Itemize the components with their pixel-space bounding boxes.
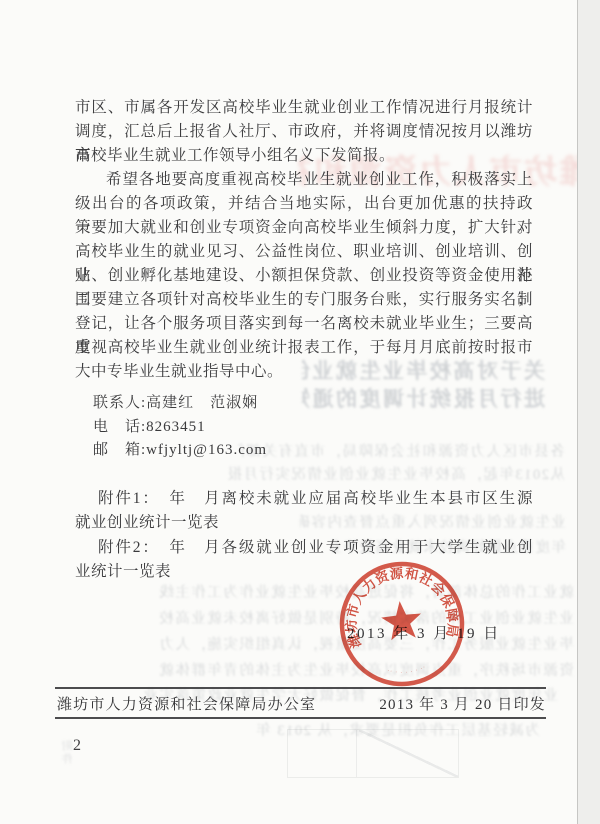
contact-info: 联系人:高建红 范淑娴电 话:8263451邮 箱:wfjyltj@163.co… (93, 392, 267, 463)
bleedthrough-text-line: 从2013年起，高校毕业生就业创业情况实行月报统计 (226, 463, 565, 484)
body-text-line: 大中专毕业生就业指导中心。 (75, 360, 533, 384)
page-number: 2 (73, 737, 81, 755)
scanned-document-page: 潍坊市人力资源和社会保障局文件 关于对高校毕业生就业创业 进行月报统计调度的通知… (0, 0, 600, 824)
seal-serial-marks: ·· · · · · · ·· (386, 665, 428, 678)
bleedthrough-table-diagonal (359, 730, 458, 777)
scanner-edge (577, 0, 600, 824)
bleedthrough-title-line: 进行月报统计调度的通知 (302, 383, 545, 413)
attachment-line: 就业创业统计一览表 (75, 511, 533, 535)
contact-line: 电 话:8263451 (93, 416, 267, 440)
svg-text:·· · · · · · ··: ·· · · · · · ·· (386, 665, 428, 678)
attachment-line: 附件1： 年 月离校未就业应届高校毕业生本县市区生源 (75, 487, 533, 511)
footer-rule-bottom (55, 717, 546, 719)
body-text-line: 一要加大就业和创业专项资金向高校毕业生倾斜力度，扩大针对 (75, 216, 533, 240)
body-text-line: 希望各地要高度重视高校毕业生就业创业工作，积极落实上 (75, 168, 533, 192)
body-text-line: 登记，让各个服务项目落实到每一名离校未就业毕业生；三要高度 (75, 312, 533, 336)
contact-line: 联系人:高建红 范淑娴 (93, 392, 267, 416)
bleedthrough-margin-mark: 附件 (60, 740, 74, 796)
contact-line: 邮 箱:wfjyltj@163.com (93, 439, 267, 463)
body-text-line: 高校毕业生的就业见习、公益性岗位、职业培训、创业培训、创业补 (75, 240, 533, 264)
seal-star-icon (380, 599, 424, 641)
issuing-office: 潍坊市人力资源和社会保障局办公室 (57, 694, 316, 716)
bleedthrough-text-line: 各县市区人力资源和社会保障局，市直有关部门单位 (237, 440, 565, 461)
body-text-line: 贴、创业孵化基地建设、小额担保贷款、创业投资等资金使用范围； (75, 264, 533, 288)
body-text-line: 级出台的各项政策，并结合当地实际，出台更加优惠的扶持政策。 (75, 192, 533, 216)
bleedthrough-text-line: 资源市场秩序，重点调度以高校毕业生为主体的青年群体就 (58, 659, 574, 680)
official-seal: 潍坊市人力资源和社会保障局 ·· · · · · · ·· (323, 545, 481, 703)
body-text-line: 调度，汇总后上报省人社厅、市政府，并将调度情况按月以潍坊市 (75, 120, 533, 144)
print-date: 2013 年 3 月 20 日印发 (379, 694, 546, 716)
body-text-line: 高校毕业生就业工作领导小组名义下发简报。 (75, 144, 533, 168)
body-text: 市区、市属各开发区高校毕业生就业创业工作情况进行月报统计调度，汇总后上报省人社厅… (75, 96, 533, 384)
body-text-line: 重视高校毕业生就业创业统计报表工作，于每月月底前按时报市 (75, 336, 533, 360)
body-text-line: 市区、市属各开发区高校毕业生就业创业工作情况进行月报统计 (75, 96, 533, 120)
bleedthrough-table (287, 729, 459, 778)
footer-row: 潍坊市人力资源和社会保障局办公室 2013 年 3 月 20 日印发 (57, 694, 546, 716)
body-text-line: 二要建立各项针对高校毕业生的专门服务台账，实行服务实名制 (75, 288, 533, 312)
